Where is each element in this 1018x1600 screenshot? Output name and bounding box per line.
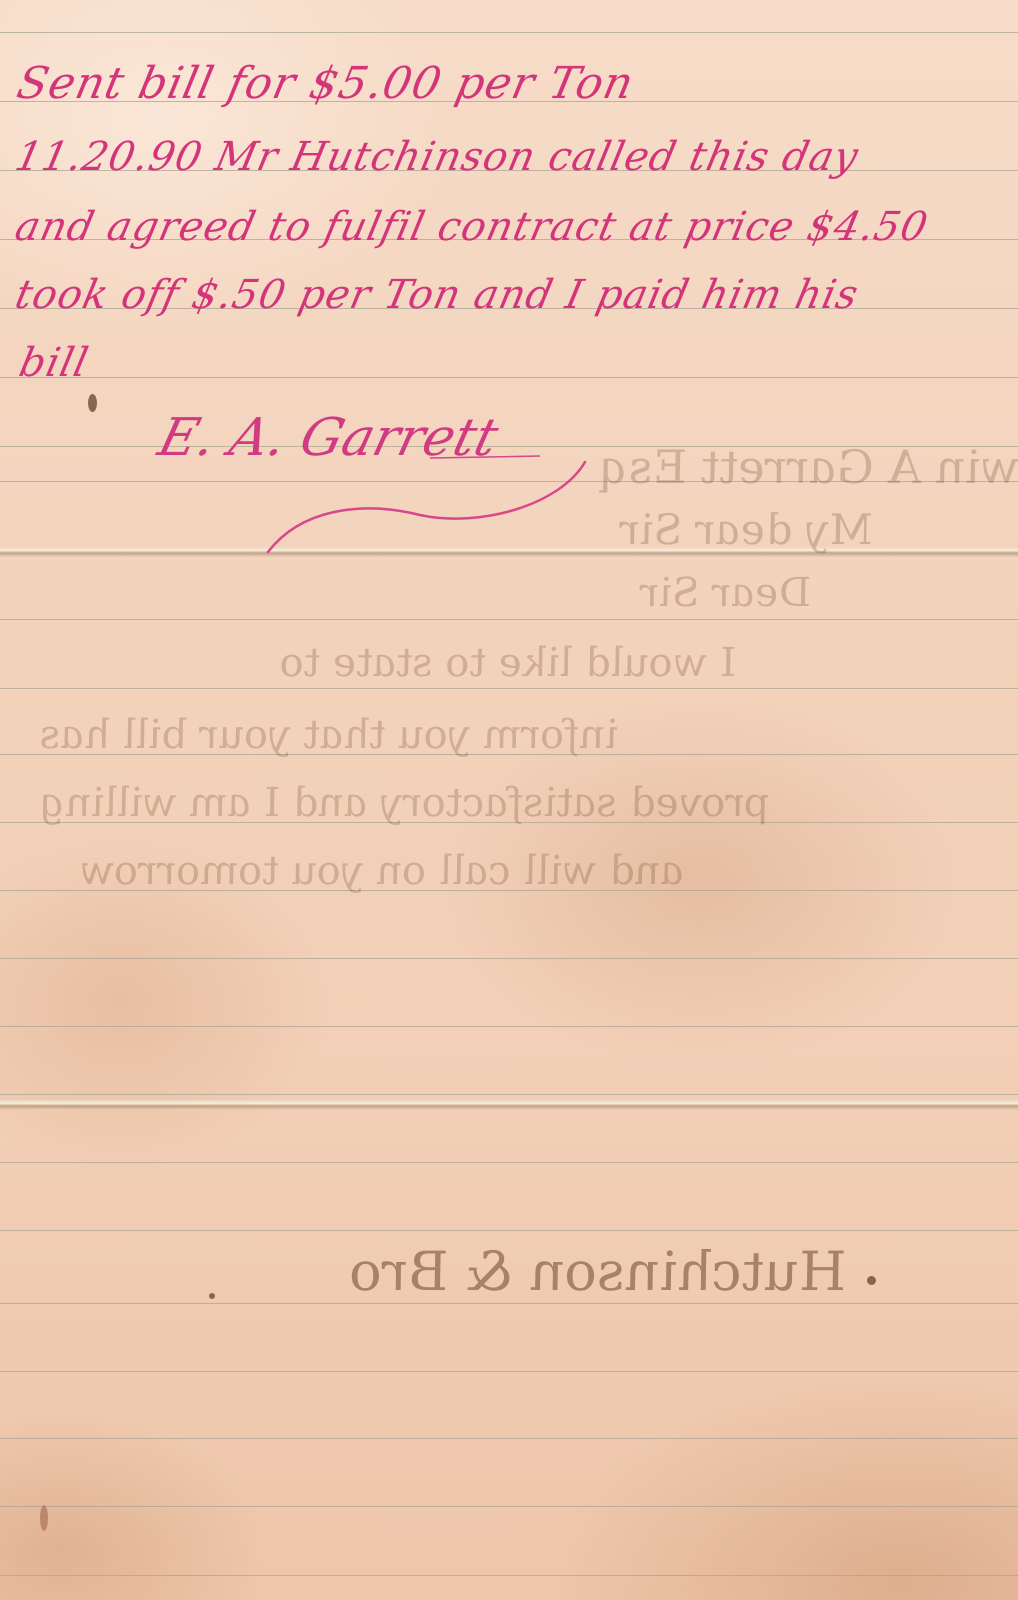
- ruled-line: [0, 1303, 1018, 1304]
- ruled-line: [0, 1575, 1018, 1576]
- ruled-line: [0, 619, 1018, 620]
- ruled-line: [0, 32, 1018, 33]
- ruled-line: [0, 1230, 1018, 1231]
- bleed-through-line: Dear Sir: [635, 570, 816, 616]
- bleed-through-line: inform you that your bill has: [35, 712, 623, 758]
- bleed-through-signature: Hutchinson & Bro: [343, 1240, 852, 1303]
- ruled-line: [0, 1094, 1018, 1095]
- ruled-line: [0, 1162, 1018, 1163]
- bleed-through-line: I would like to state to: [275, 640, 741, 686]
- bleed-through-line: proved satisfactory and I am willing: [35, 780, 775, 826]
- handwritten-line-5: bill: [15, 340, 93, 386]
- ink-spot: [209, 1293, 215, 1299]
- handwritten-line-3: and agreed to fulfil contract at price $…: [11, 204, 932, 250]
- ink-spot: [867, 1276, 876, 1285]
- handwritten-line-2: 11.20.90 Mr Hutchinson called this day: [11, 134, 863, 180]
- ruled-line: [0, 1506, 1018, 1507]
- stain: [40, 1505, 48, 1531]
- ruled-line: [0, 1371, 1018, 1372]
- ink-blot: [88, 394, 97, 412]
- bleed-through-line: Edwin A Garrett Esq: [594, 440, 1018, 494]
- ruled-line: [0, 958, 1018, 959]
- paper-fold-crease: [0, 1100, 1018, 1110]
- ruled-line: [0, 1438, 1018, 1439]
- handwritten-line-4: took off $.50 per Ton and I paid him his: [11, 272, 863, 318]
- bleed-through-line: My dear Sir: [615, 505, 878, 554]
- ruled-line: [0, 377, 1018, 378]
- ruled-line: [0, 1026, 1018, 1027]
- signature: E. A. Garrett: [153, 408, 504, 468]
- ruled-line: [0, 688, 1018, 689]
- letter-page: Edwin A Garrett Esq My dear Sir Dear Sir…: [0, 0, 1018, 1600]
- bleed-through-line: and will call on you tomorrow: [75, 848, 689, 894]
- handwritten-line-1: Sent bill for $5.00 per Ton: [13, 58, 639, 109]
